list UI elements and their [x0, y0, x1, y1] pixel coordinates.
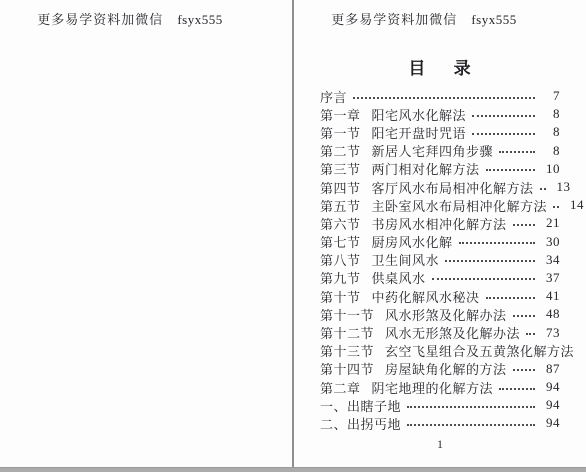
dot-leader: [540, 188, 546, 190]
toc-entry-page: 10: [540, 161, 560, 177]
toc-entry-page: 48: [540, 306, 560, 322]
toc-row: 第十一节 风水形煞及化解办法 48: [320, 305, 560, 323]
watermark-code: fsyx555: [471, 12, 516, 27]
toc-entry-title: 客厅风水布局相冲化解方法: [372, 178, 534, 197]
toc-entry-label: 第二章: [320, 378, 361, 397]
toc-entry-title: 阳宅开盘时咒语: [372, 123, 467, 142]
toc-entry-page: 94: [540, 397, 560, 413]
toc-entry-title: 中药化解风水秘决: [372, 287, 480, 306]
toc-row: 第十二节 风水无形煞及化解办法 73: [320, 323, 560, 341]
toc-entry-page: 94: [540, 379, 560, 395]
watermark-header-right: 更多易学资料加微信fsyx555: [294, 9, 586, 28]
toc-entry-label: 第五节: [320, 196, 361, 215]
dot-leader: [513, 224, 535, 226]
toc-entry-page: 34: [540, 252, 560, 268]
dot-leader: [407, 424, 535, 426]
watermark-code: fsyx555: [177, 12, 222, 27]
dot-leader: [486, 297, 535, 299]
toc-entry-title: 书房风水相冲化解方法: [372, 214, 507, 233]
toc-row: 序言 7: [320, 87, 560, 105]
toc-entry-label: 一、出瞎子地: [320, 396, 401, 415]
dot-leader: [432, 278, 535, 280]
toc-entry-label: 第六节: [320, 214, 361, 233]
toc-entry-title: 阳宅风水化解法: [372, 105, 467, 124]
toc-entry-label: 第十二节: [320, 323, 374, 342]
toc-entry-label: 第七节: [320, 232, 361, 251]
toc-row: 第九节 供桌风水 37: [320, 269, 560, 287]
toc-entry-title: 风水无形煞及化解办法: [385, 323, 520, 342]
toc-row: 第一节 阳宅开盘时咒语 8: [320, 123, 560, 141]
toc-entry-label: 序言: [320, 87, 347, 106]
page-number: 1: [320, 437, 560, 452]
scanner-edge-shadow: [0, 467, 586, 472]
toc-entry-page: 13: [551, 179, 571, 195]
toc-entry-page: 8: [540, 143, 560, 159]
toc-row: 第六节 书房风水相冲化解方法 21: [320, 214, 560, 232]
toc-entry-page: 8: [540, 106, 560, 122]
toc-row: 第十节 中药化解风水秘决 41: [320, 287, 560, 305]
dot-leader: [407, 406, 535, 408]
toc-entry-title: 厨房风水化解: [372, 232, 453, 251]
toc-row: 第七节 厨房风水化解 30: [320, 233, 560, 251]
watermark-text: 更多易学资料加微信: [331, 12, 457, 27]
toc-entry-title: 两门相对化解方法: [372, 159, 480, 178]
toc-entry-page: 30: [540, 234, 560, 250]
watermark-header-left: 更多易学资料加微信fsyx555: [0, 9, 292, 28]
dot-leader: [553, 206, 559, 208]
toc-row: 第二章 阴宅地理的化解方法 94: [320, 378, 560, 396]
toc-row: 第十三节 玄空飞星组合及五黄煞化解方法 78: [320, 342, 560, 360]
toc-entry-label: 第十一节: [320, 305, 374, 324]
dot-leader: [499, 388, 535, 390]
dot-leader: [459, 242, 535, 244]
dot-leader: [445, 260, 535, 262]
toc-row: 第一章 阳宅风水化解法 8: [320, 105, 560, 123]
toc-row: 第四节 客厅风水布局相冲化解方法 13: [320, 178, 560, 196]
toc-row: 第三节 两门相对化解方法 10: [320, 160, 560, 178]
toc-entry-label: 第十四节: [320, 359, 374, 378]
toc-entry-title: 主卧室风水布局相冲化解方法: [372, 196, 548, 215]
toc-entry-label: 第九节: [320, 268, 361, 287]
toc-entry-page: 73: [540, 325, 560, 341]
page-left-blank: 更多易学资料加微信fsyx555: [0, 0, 292, 472]
toc-entry-page: 37: [540, 270, 560, 286]
dot-leader: [486, 169, 535, 171]
toc-entry-page: 21: [540, 215, 560, 231]
toc-entry-label: 第四节: [320, 178, 361, 197]
toc-entry-page: 41: [540, 288, 560, 304]
toc-row: 第十四节 房屋缺角化解的方法 87: [320, 360, 560, 378]
toc-row: 一、出瞎子地 94: [320, 396, 560, 414]
toc-entry-title: 风水形煞及化解办法: [385, 305, 507, 324]
toc-entry-page: 7: [540, 88, 560, 104]
toc-row: 第五节 主卧室风水布局相冲化解方法 14: [320, 196, 560, 214]
toc-row: 二、出拐丐地 94: [320, 414, 560, 432]
toc-list: 序言 7 第一章 阳宅风水化解法 8 第一节 阳宅开盘时咒语 8 第二节 新居人…: [320, 87, 560, 433]
toc-entry-page: 78: [581, 343, 586, 359]
toc-entry-label: 二、出拐丐地: [320, 414, 401, 433]
dot-leader: [513, 369, 535, 371]
toc-entry-title: 房屋缺角化解的方法: [385, 359, 507, 378]
toc-entry-title: 阴宅地理的化解方法: [372, 378, 494, 397]
dot-leader: [513, 315, 535, 317]
dot-leader: [499, 151, 535, 153]
toc-entry-page: 94: [540, 415, 560, 431]
toc-entry-label: 第十节: [320, 287, 361, 306]
page-right-toc: 更多易学资料加微信fsyx555 目 录 序言 7 第一章 阳宅风水化解法 8 …: [294, 0, 586, 472]
watermark-text: 更多易学资料加微信: [37, 12, 163, 27]
dot-leader: [472, 115, 535, 117]
toc-entry-label: 第一节: [320, 123, 361, 142]
toc-entry-title: 新居人宅拜四角步骤: [372, 141, 494, 160]
toc-entry-title: 玄空飞星组合及五黄煞化解方法: [385, 341, 574, 360]
toc-entry-label: 第八节: [320, 250, 361, 269]
toc-entry-label: 第二节: [320, 141, 361, 160]
dot-leader: [526, 333, 535, 335]
toc-entry-page: 14: [564, 197, 584, 213]
book-spread: 更多易学资料加微信fsyx555 更多易学资料加微信fsyx555 目 录 序言…: [0, 0, 586, 472]
toc-entry-label: 第十三节: [320, 341, 374, 360]
toc-entry-label: 第三节: [320, 159, 361, 178]
toc-entry-title: 卫生间风水: [372, 250, 440, 269]
toc-entry-label: 第一章: [320, 105, 361, 124]
toc-title: 目 录: [320, 54, 560, 79]
dot-leader: [353, 97, 535, 99]
toc-row: 第八节 卫生间风水 34: [320, 251, 560, 269]
toc-entry-page: 87: [540, 361, 560, 377]
toc-row: 第二节 新居人宅拜四角步骤 8: [320, 142, 560, 160]
dot-leader: [472, 133, 535, 135]
toc-entry-title: 供桌风水: [372, 268, 426, 287]
toc-container: 目 录 序言 7 第一章 阳宅风水化解法 8 第一节 阳宅开盘时咒语 8 第二节…: [294, 54, 586, 452]
toc-entry-page: 8: [540, 124, 560, 140]
